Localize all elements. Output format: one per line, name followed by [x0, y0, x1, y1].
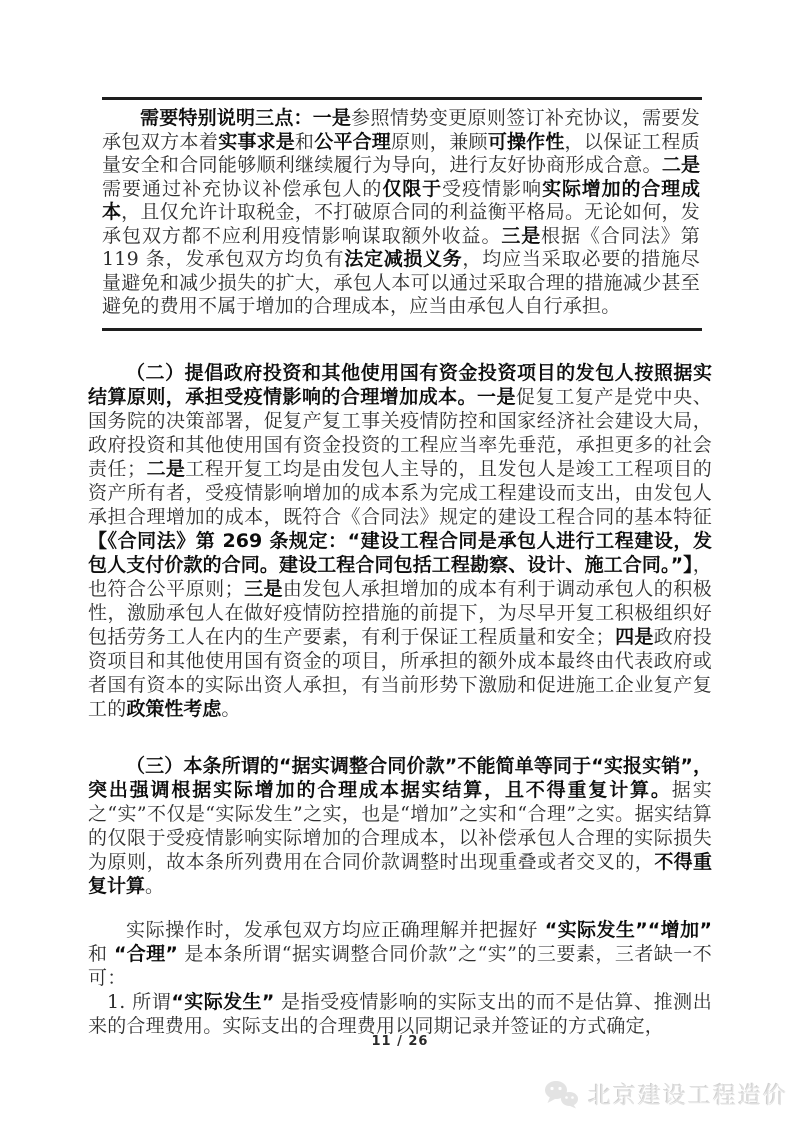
paragraph-section-2: （二）提倡政府投资和其他使用国有资金投资项目的发包人按照据实结算原则，承担受疫情… — [88, 361, 712, 721]
emphasis-text-run: 仅限于 — [382, 178, 442, 200]
text-run: 。 — [221, 698, 240, 720]
note-box: 需要特别说明三点：一是参照情势变更原则签订补充协议，需要发承包双方本着实事求是和… — [102, 97, 702, 331]
wechat-icon — [543, 1079, 579, 1109]
page-content: 需要特别说明三点：一是参照情势变更原则签订补充协议，需要发承包双方本着实事求是和… — [88, 0, 712, 1038]
paragraph-practice-note: 实际操作时，发承包双方均应正确理解并把握好 “实际发生”“增加” 和 “合理” … — [88, 918, 712, 990]
emphasis-text-run: 一是 — [477, 386, 516, 408]
emphasis-text-run: “实际发生” — [171, 991, 274, 1013]
watermark: 北京建设工程造价 — [543, 1077, 788, 1110]
emphasis-text-run: 三是 — [501, 225, 541, 247]
emphasis-text-run: 可操作性 — [488, 131, 565, 153]
emphasis-text-run: 【《合同法》第 269 条规定：“建设工程合同是承包人进行工程建设，发包人支付价… — [88, 530, 712, 576]
text-run: 需要通过补充协议补偿承包人的 — [102, 178, 382, 200]
emphasis-text-run: （三）本条所谓的“据实调整合同价款”不能简单等同于“实报实销”，突出强调根据实际… — [88, 755, 712, 801]
emphasis-text-run: 实事求是 — [218, 131, 295, 153]
paragraph-section-3: （三）本条所谓的“据实调整合同价款”不能简单等同于“实报实销”，突出强调根据实际… — [88, 754, 712, 898]
emphasis-text-run: 一是 — [313, 107, 351, 129]
emphasis-text-run: 二是 — [662, 154, 700, 176]
page-number: 11 / 26 — [0, 1034, 800, 1049]
emphasis-text-run: 公平合理 — [314, 131, 391, 153]
text-run: 是本条所谓“据实调整合同价款”之“实”的三要素，三者缺一不可： — [88, 943, 712, 989]
emphasis-text-run: 需要特别说明三点： — [140, 107, 313, 129]
text-run: 原则，兼顾 — [391, 131, 488, 153]
watermark-text: 北京建设工程造价 — [588, 1077, 788, 1110]
text-run: 和 — [295, 131, 314, 153]
text-run: 。 — [145, 875, 164, 897]
emphasis-text-run: 四是 — [615, 626, 654, 648]
text-run: 和 — [88, 943, 114, 965]
emphasis-text-run: “合理” — [114, 943, 178, 965]
emphasis-text-run: 法定减损义务 — [344, 248, 462, 270]
emphasis-text-run: “实际发生”“增加” — [545, 919, 712, 941]
emphasis-text-run: 三是 — [244, 578, 283, 600]
emphasis-text-run: 二是 — [146, 458, 185, 480]
emphasis-text-run: 政策性考虑 — [126, 698, 221, 720]
text-run: 实际操作时，发承包双方均应正确理解并把握好 — [126, 919, 545, 941]
text-run: 1. 所谓 — [107, 991, 171, 1013]
note-box-paragraph: 需要特别说明三点：一是参照情势变更原则签订补充协议，需要发承包双方本着实事求是和… — [102, 107, 700, 319]
paragraph-item-1: 1. 所谓“实际发生” 是指受疫情影响的实际支出的而不是估算、推测出来的合理费用… — [88, 990, 712, 1038]
document-page: 需要特别说明三点：一是参照情势变更原则签订补充协议，需要发承包双方本着实事求是和… — [0, 0, 800, 1130]
text-run: 受疫情影响 — [442, 178, 542, 200]
